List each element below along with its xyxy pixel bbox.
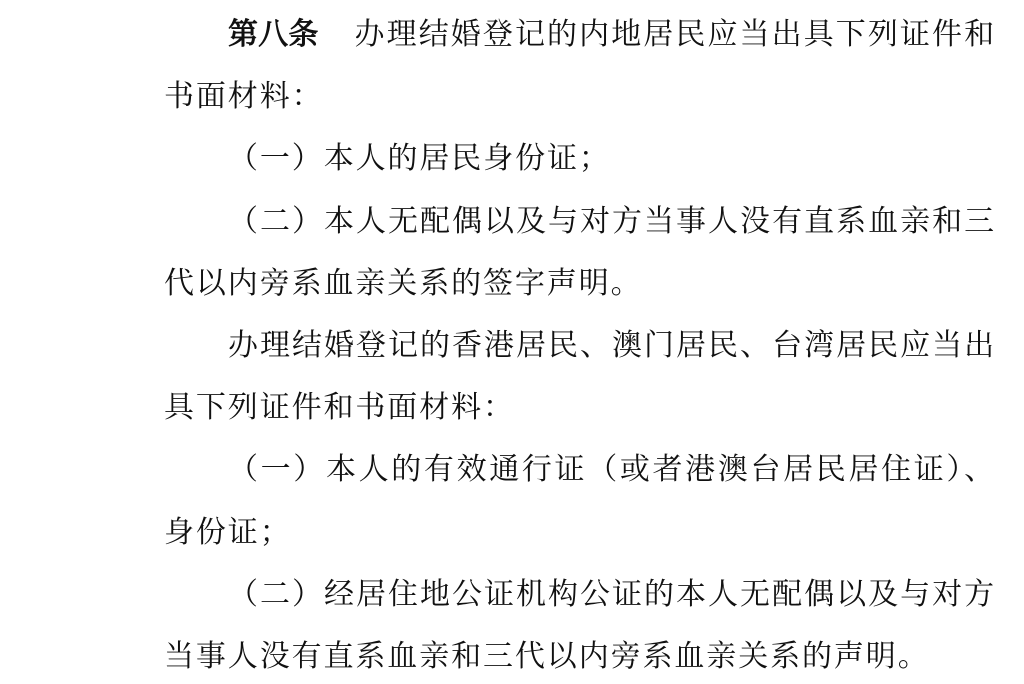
article-8-item-1: （一）本人的居民身份证； [164,128,996,190]
article-8-item-2: （二）本人无配偶以及与对方当事人没有直系血亲和三代以内旁系血亲关系的签字声明。 [164,191,996,315]
article-8-item-2b: （二）经居住地公证机构公证的本人无配偶以及与对方当事人没有直系血亲和三代以内旁系… [164,564,996,684]
document-page: 第八条办理结婚登记的内地居民应当出具下列证件和书面材料： （一）本人的居民身份证… [164,4,996,684]
article-number: 第八条 [228,17,319,52]
paragraph-text: 办理结婚登记的香港居民、澳门居民、台湾居民应当出具下列证件和书面材料： [164,328,996,425]
paragraph-text: （一）本人的有效通行证（或者港澳台居民居住证）、身份证； [164,452,996,549]
article-8-paragraph-1: 第八条办理结婚登记的内地居民应当出具下列证件和书面材料： [164,4,996,128]
article-8-item-1b: （一）本人的有效通行证（或者港澳台居民居住证）、身份证； [164,439,996,563]
article-8-paragraph-2: 办理结婚登记的香港居民、澳门居民、台湾居民应当出具下列证件和书面材料： [164,315,996,439]
paragraph-text: （二）本人无配偶以及与对方当事人没有直系血亲和三代以内旁系血亲关系的签字声明。 [164,204,996,301]
paragraph-text: （二）经居住地公证机构公证的本人无配偶以及与对方当事人没有直系血亲和三代以内旁系… [164,577,996,674]
paragraph-text: （一）本人的居民身份证； [228,141,611,176]
